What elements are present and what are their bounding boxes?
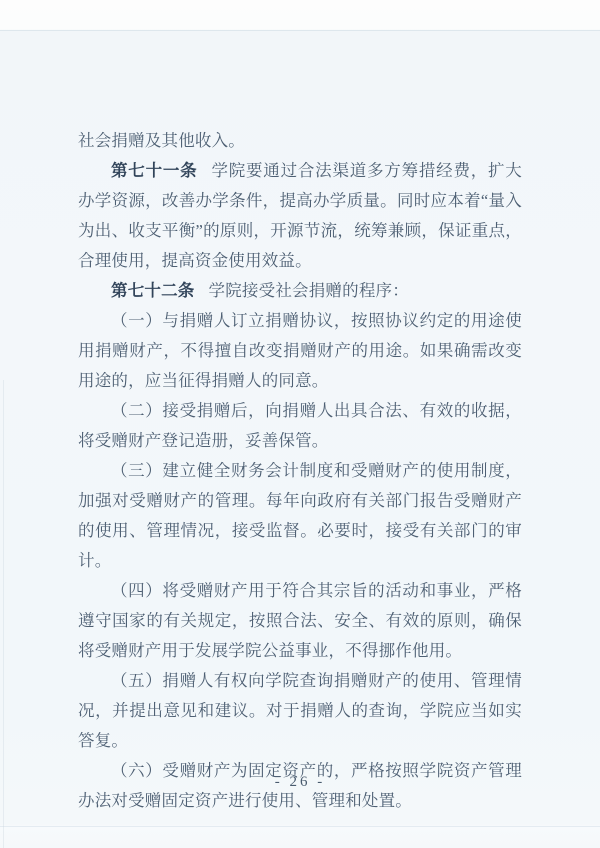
article-heading: 第七十一条 xyxy=(111,161,197,180)
page-number: - 26 - xyxy=(0,772,600,792)
paragraph-text: 学院接受社会捐赠的程序： xyxy=(209,281,409,300)
list-item-paragraph: （二）接受捐赠后，向捐赠人出具合法、有效的收据，将受赠财产登记造册，妥善保管。 xyxy=(78,396,522,456)
list-item-paragraph: （五）捐赠人有权向学院查询捐赠财产的使用、管理情况，并提出意见和建议。对于捐赠人… xyxy=(78,666,522,756)
article-heading: 第七十二条 xyxy=(111,281,195,300)
paragraph-continuation: 社会捐赠及其他收入。 xyxy=(78,126,522,156)
scan-artifact-line-top xyxy=(0,30,600,31)
article-paragraph: 第七十二条学院接受社会捐赠的程序： xyxy=(78,276,522,306)
list-item-paragraph: （三）建立健全财务会计制度和受赠财产的使用制度，加强对受赠财产的管理。每年向政府… xyxy=(78,456,522,576)
document-body: 社会捐赠及其他收入。第七十一条学院要通过合法渠道多方筹措经费，扩大办学资源，改善… xyxy=(78,126,522,816)
paragraph-text: （四）将受赠财产用于符合其宗旨的活动和事业，严格遵守国家的有关规定，按照合法、安… xyxy=(78,581,522,660)
article-paragraph: 第七十一条学院要通过合法渠道多方筹措经费，扩大办学资源，改善办学条件，提高办学质… xyxy=(78,156,522,276)
paragraph-text: （五）捐赠人有权向学院查询捐赠财产的使用、管理情况，并提出意见和建议。对于捐赠人… xyxy=(78,671,522,750)
list-item-paragraph: （一）与捐赠人订立捐赠协议，按照协议约定的用途使用捐赠财产，不得擅自改变捐赠财产… xyxy=(78,306,522,396)
paragraph-text: （三）建立健全财务会计制度和受赠财产的使用制度，加强对受赠财产的管理。每年向政府… xyxy=(78,461,522,570)
scan-artifact-line-bottom xyxy=(0,826,600,827)
paragraph-text: （一）与捐赠人订立捐赠协议，按照协议约定的用途使用捐赠财产，不得擅自改变捐赠财产… xyxy=(78,311,522,390)
list-item-paragraph: （四）将受赠财产用于符合其宗旨的活动和事业，严格遵守国家的有关规定，按照合法、安… xyxy=(78,576,522,666)
document-page: 社会捐赠及其他收入。第七十一条学院要通过合法渠道多方筹措经费，扩大办学资源，改善… xyxy=(0,0,600,848)
paragraph-text: （二）接受捐赠后，向捐赠人出具合法、有效的收据，将受赠财产登记造册，妥善保管。 xyxy=(78,401,522,450)
paragraph-text: 社会捐赠及其他收入。 xyxy=(78,131,245,150)
